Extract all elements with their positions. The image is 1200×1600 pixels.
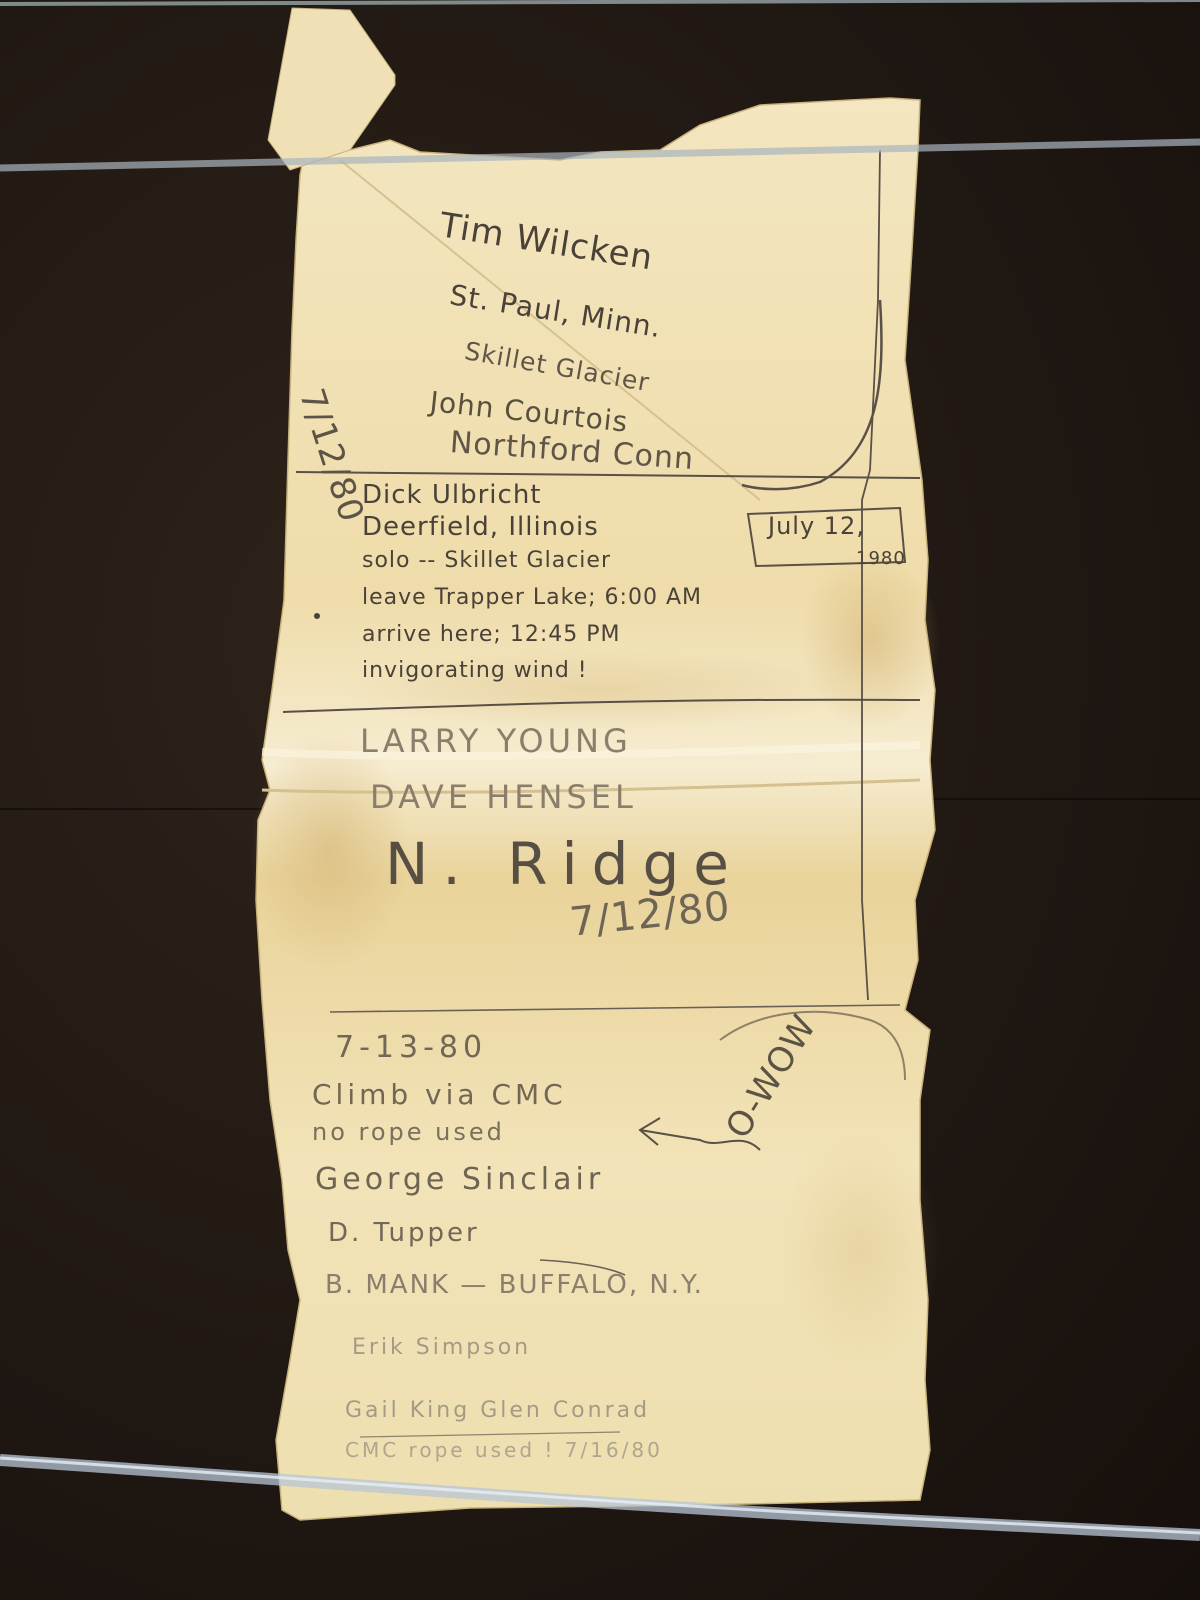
entry-3-line-2: DAVE HENSEL (370, 778, 637, 816)
entry-2-boxed-date-1: July 12, (768, 512, 865, 540)
entry-4-line-5: B. MANK — BUFFALO, N.Y. (325, 1270, 704, 1300)
entry-4-line-2: no rope used (312, 1118, 505, 1146)
entry-2-line-2: Deerfield, Illinois (362, 512, 599, 542)
entry-5-line-1: Gail King Glen Conrad (345, 1398, 650, 1423)
entry-3-line-1: LARRY YOUNG (360, 722, 632, 760)
entry-4-line-6: Erik Simpson (352, 1335, 531, 1360)
entry-2-line-6: invigorating wind ! (362, 658, 588, 683)
entry-2-line-1: Dick Ulbricht (362, 480, 542, 510)
entry-2-boxed-date-2: 1980 (856, 548, 906, 569)
entry-2-line-4: leave Trapper Lake; 6:00 AM (362, 585, 702, 610)
entry-2-line-3: solo -- Skillet Glacier (362, 548, 611, 573)
entry-4-line-4: D. Tupper (328, 1218, 480, 1248)
entry-4-line-1: Climb via CMC (312, 1078, 567, 1111)
entry-5-line-2: CMC rope used ! 7/16/80 (345, 1438, 663, 1462)
entry-4-date: 7-13-80 (335, 1030, 487, 1065)
entry-2-line-5: arrive here; 12:45 PM (362, 622, 620, 647)
summit-register-note: Tim Wilcken St. Paul, Minn. Skillet Glac… (0, 0, 1200, 1600)
entry-4-line-3: George Sinclair (315, 1162, 604, 1197)
